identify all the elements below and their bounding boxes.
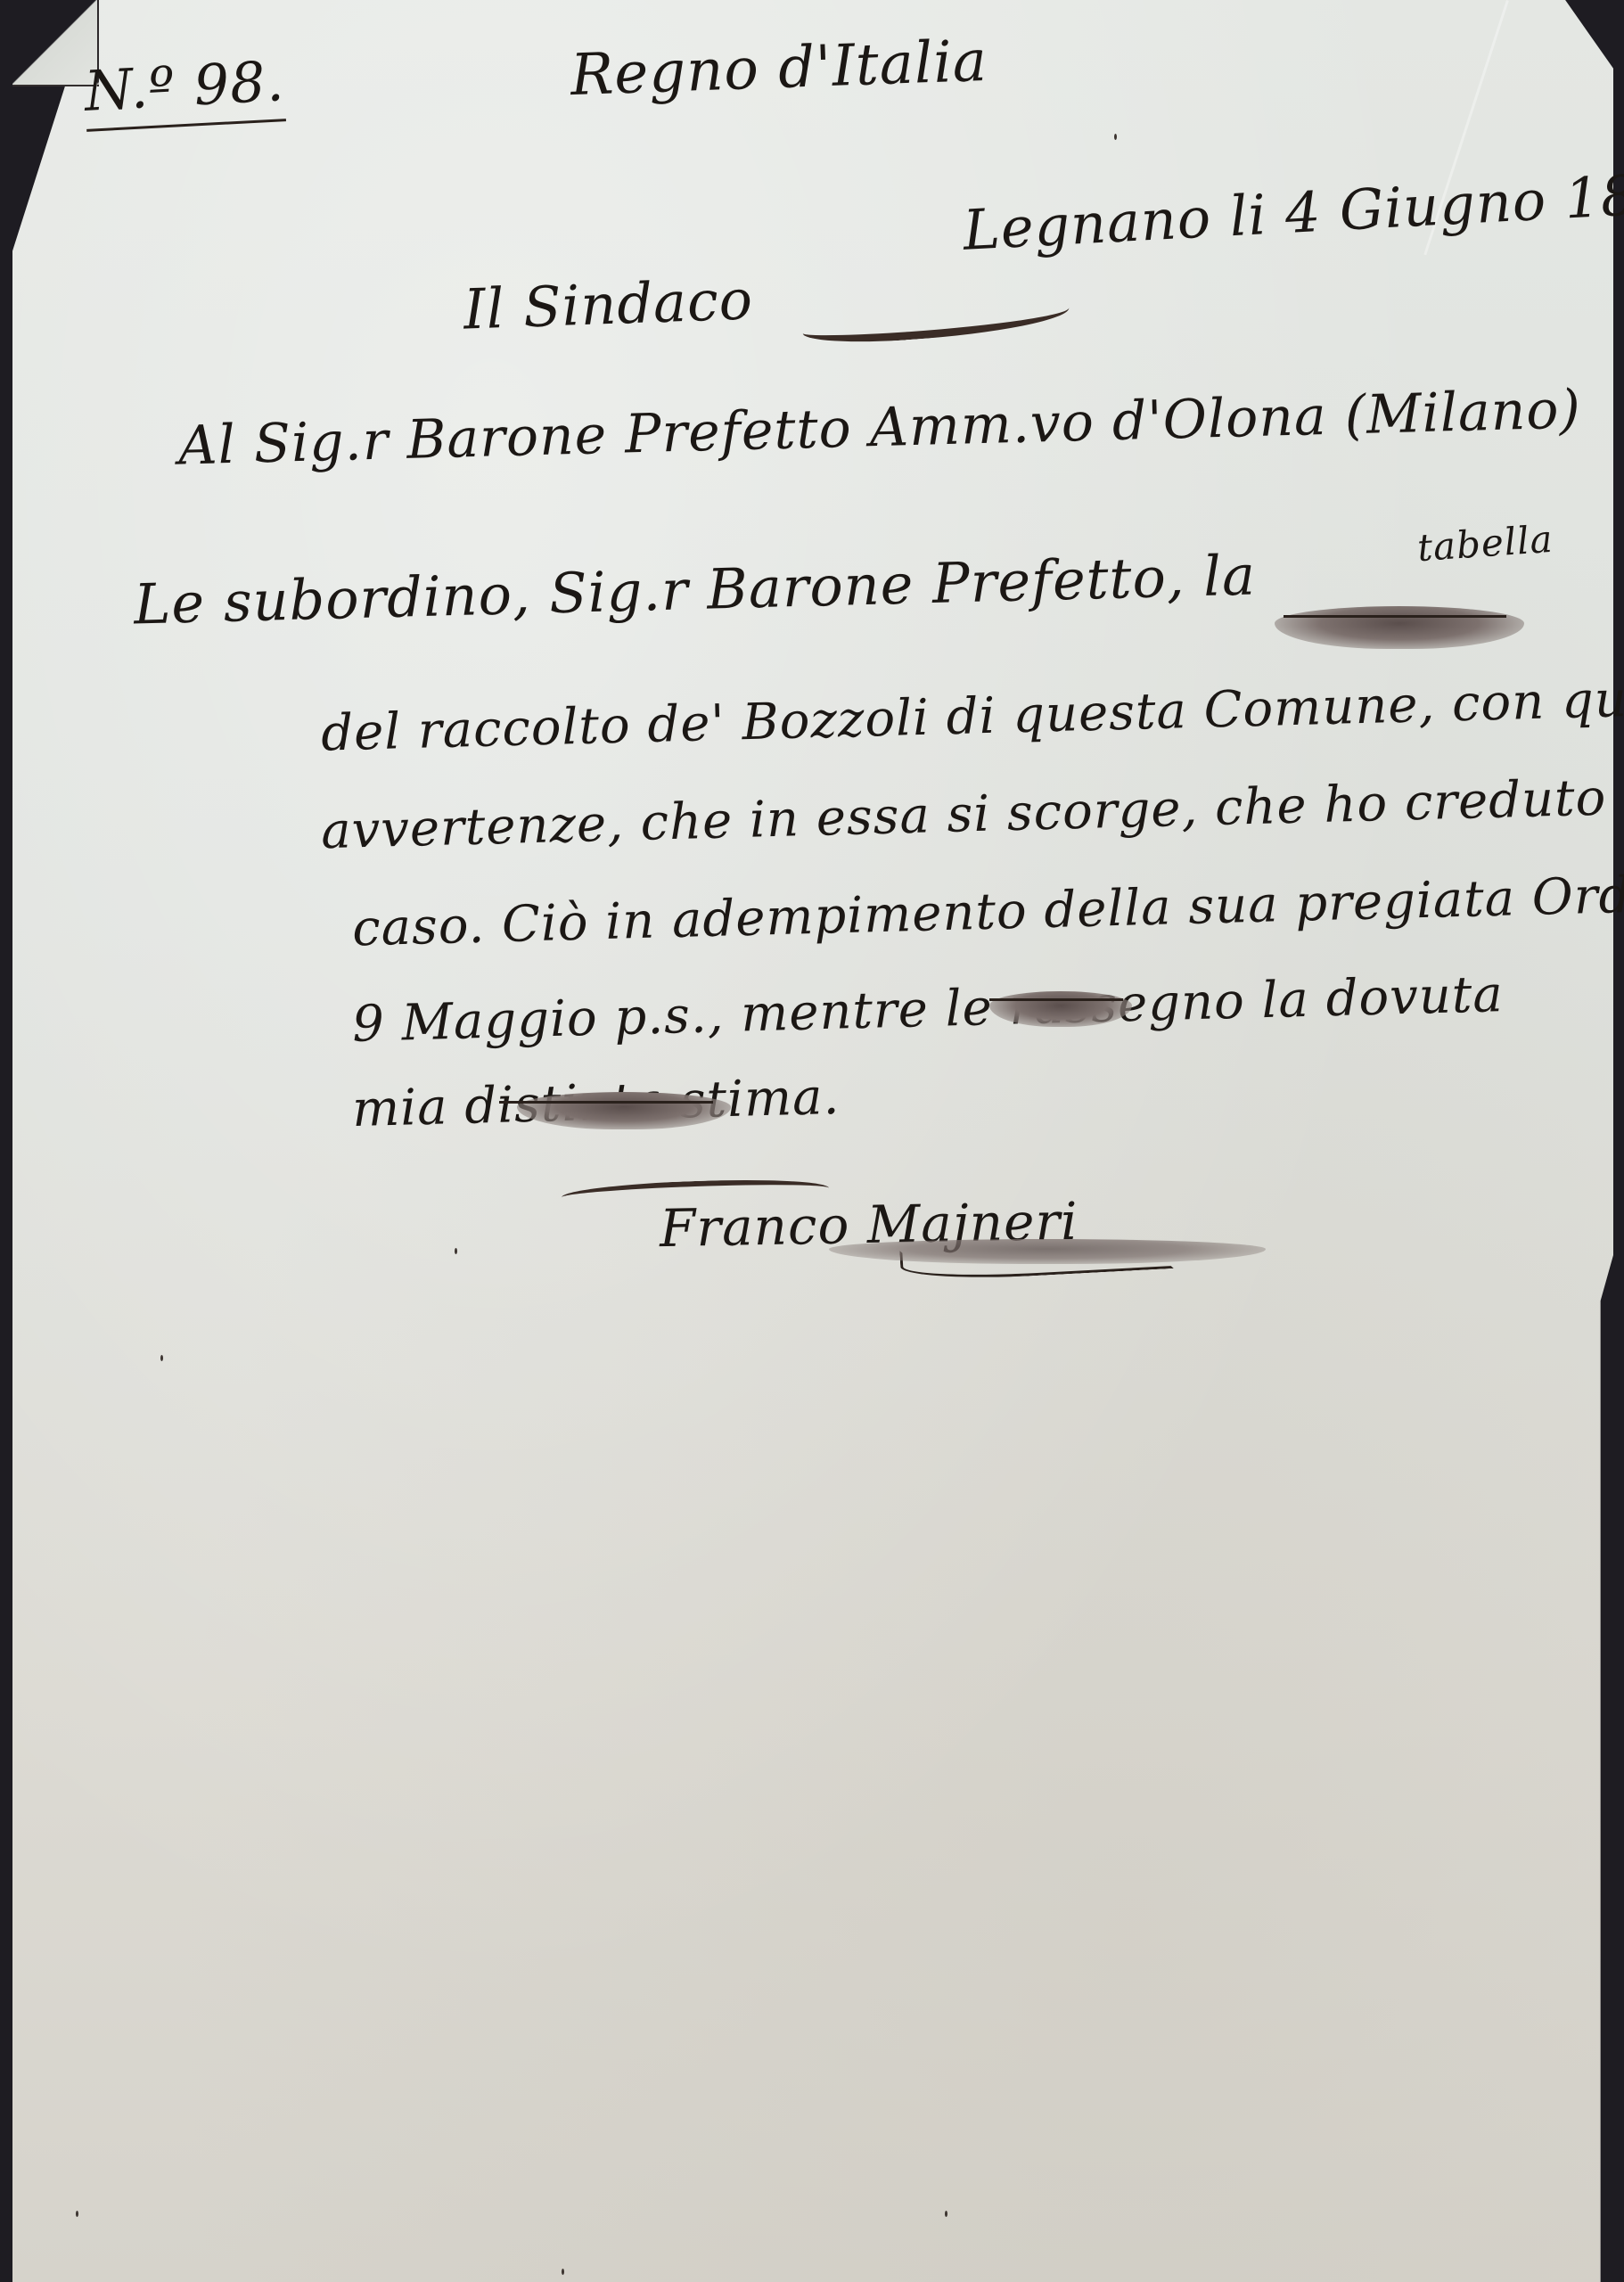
paper-speck <box>562 2269 564 2275</box>
paper-speck <box>160 1355 163 1361</box>
sender-office: Il Sindaco <box>463 267 754 341</box>
paper-speck <box>1114 134 1117 140</box>
reference-number: N.º 98. <box>83 48 286 132</box>
document-scan: N.º 98. Regno d'Italia Legnano li 4 Giug… <box>0 0 1624 2282</box>
paper-speck <box>945 2211 947 2217</box>
strikethrough-mark <box>1284 615 1506 618</box>
paper-speck <box>76 2211 78 2217</box>
strikethrough-mark <box>989 998 1123 1001</box>
paper-sheet <box>12 0 1613 2282</box>
paper-speck <box>455 1248 457 1254</box>
strikethrough-mark <box>499 1101 713 1104</box>
